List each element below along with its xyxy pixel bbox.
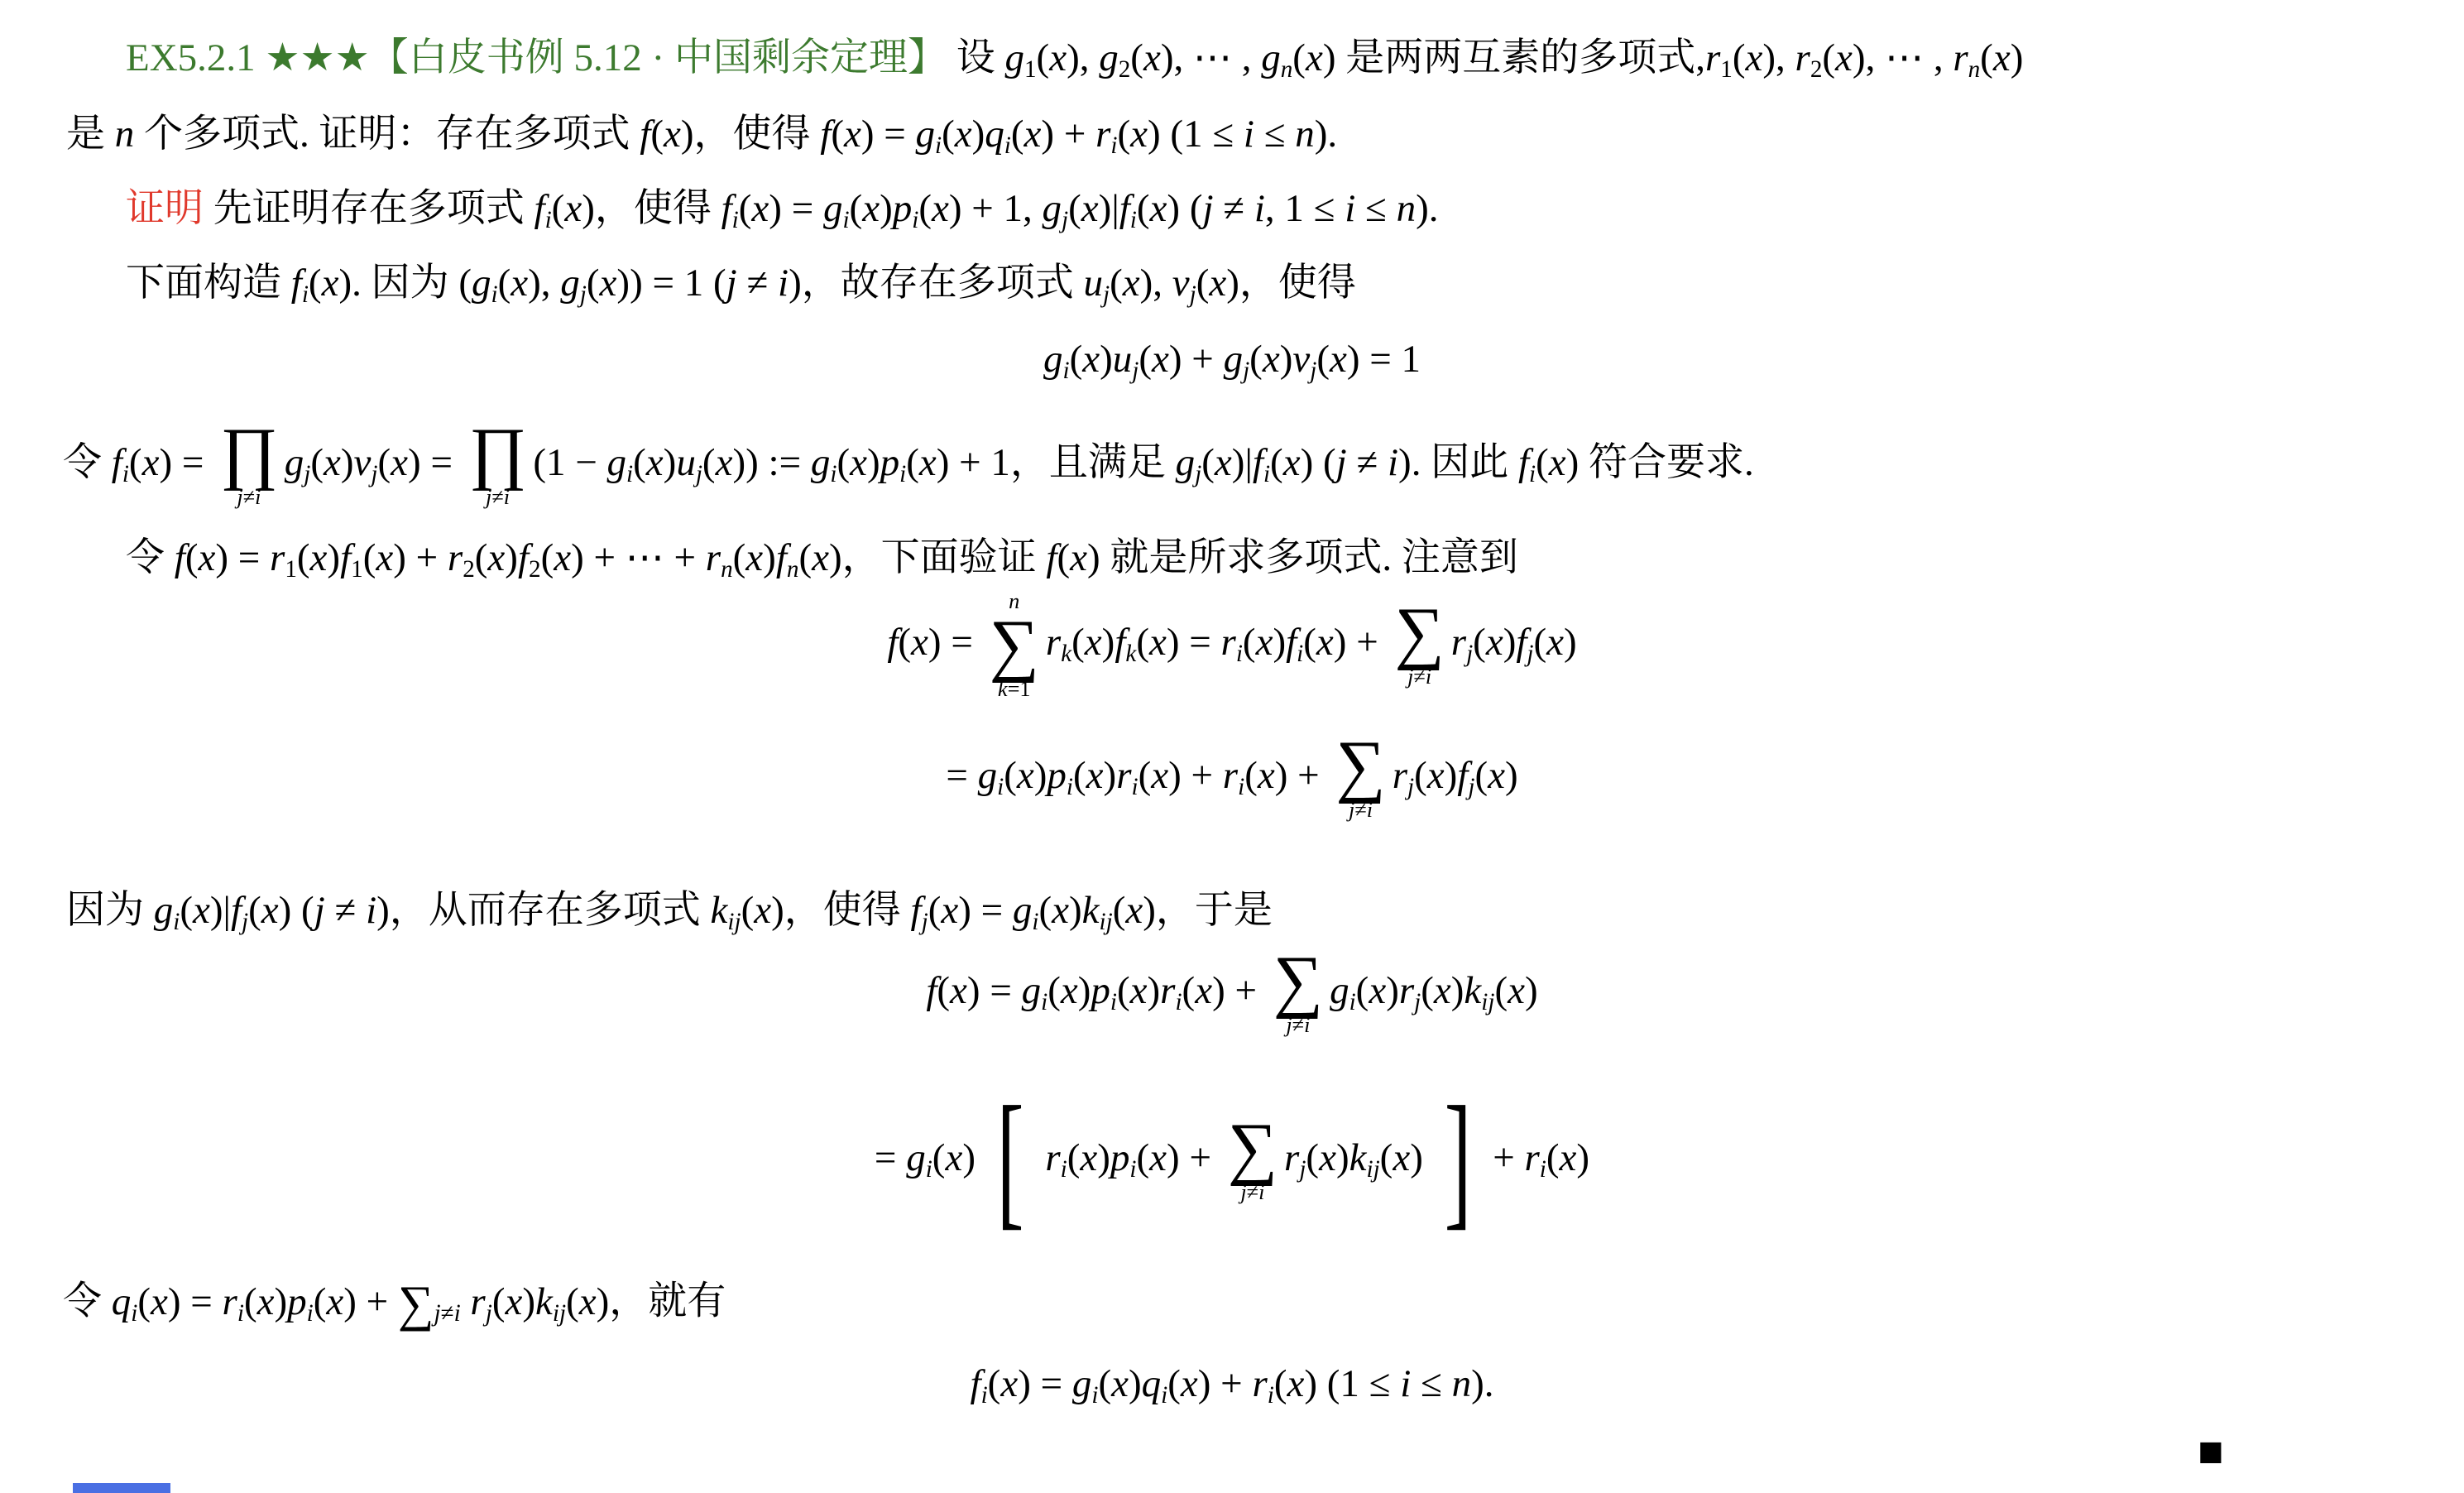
text-line: 令 qi(x) = ri(x)pi(x) + ∑j≠i rj(x)kij(x)，… [63,1268,726,1342]
sum-operator: ∑j≠i [1335,735,1385,823]
math-expression: f(x) [640,113,693,156]
text-run: 因为 [362,262,459,305]
text-run: 是 [66,113,115,156]
document-page: EX5.2.1 ★★★【白皮书例 5.12 · 中国剩余定理】 设 g1(x),… [0,0,2464,1493]
math-expression: = gi(x)pi(x)ri(x) + ri(x) + ∑j≠irj(x)fj(… [946,754,1517,797]
qed-symbol: ■ [2193,1434,2229,1471]
text-run: ，使得 [1239,262,1356,305]
text-run: 因为 [66,889,154,932]
display-equation: fi(x) = gi(x)qi(x) + ri(x) (1 ≤ i ≤ n). [0,1356,2464,1412]
exercise-title: EX5.2.1 ★★★【白皮书例 5.12 · 中国剩余定理】 [126,36,947,79]
math-expression: fi(x) [1518,441,1579,484]
math-expression: kij(x) [711,889,784,932]
text-line: EX5.2.1 ★★★【白皮书例 5.12 · 中国剩余定理】 设 g1(x),… [126,30,2023,86]
right-bracket: ] [1445,1101,1472,1222]
display-equation: f(x) = gi(x)pi(x)ri(x) + ∑j≠igi(x)rj(x)k… [0,950,2464,1038]
text-run: 个多项式. 证明：存在多项式 [134,113,640,156]
text-run: 令 [63,441,112,484]
display-equation: f(x) = n∑k=1rk(x)fk(x) = ri(x)fi(x) + ∑j… [0,589,2464,703]
left-bracket: [ [997,1101,1024,1222]
text-line: 令 fi(x) = ∏j≠igj(x)vj(x) = ∏j≠i(1 − gi(x… [63,422,1754,510]
text-line: 下面构造 fi(x). 因为 (gi(x), gj(x)) = 1 (j ≠ i… [126,255,1356,311]
math-expression: (gi(x), gj(x)) = 1 (j ≠ i) [458,262,801,305]
text-run: ，故存在多项式 [802,262,1084,305]
text-run: 符合要求. [1579,441,1754,484]
math-expression: fi(x) [535,187,595,230]
proof-label: 证明 [126,187,204,230]
math-expression: fi(x). [291,262,362,305]
math-expression: fi(x) = gi(x)qi(x) + ri(x) (1 ≤ i ≤ n). [971,1362,1494,1405]
text-run: ，下面验证 [842,536,1047,579]
text-run: 因此 [1421,441,1518,484]
math-expression: fi(x) = gi(x)pi(x) + 1, gj(x)|fi(x) (j ≠… [721,187,1439,230]
text-line: 证明 先证明存在多项式 fi(x)，使得 fi(x) = gi(x)pi(x) … [126,180,1438,237]
math-expression: uj(x), vj(x) [1083,262,1239,305]
text-run: ，使得 [694,113,821,156]
display-equation: gi(x)uj(x) + gj(x)vj(x) = 1 [0,331,2464,387]
math-expression: f(x) = gi(x)qi(x) + ri(x) (1 ≤ i ≤ n). [820,113,1337,156]
product-operator: ∏j≠i [469,422,527,510]
product-operator: ∏j≠i [220,422,278,510]
text-run: ，且满足 [1010,441,1176,484]
sum-operator: ∑j≠i [1273,950,1323,1038]
math-expression: r1(x), r2(x), ⋯ , rn(x) [1705,36,2023,79]
text-run: ，使得 [784,889,911,932]
text-run: 是两两互素的多项式, [1335,36,1705,79]
text-run: ，从而存在多项式 [390,889,711,932]
text-line: 令 f(x) = r1(x)f1(x) + r2(x)f2(x) + ⋯ + r… [126,530,1518,586]
text-run: ，于是 [1156,889,1273,932]
math-expression: n [115,113,135,156]
math-expression: gi(x)|fj(x) (j ≠ i) [154,889,390,932]
math-expression: = gi(x) [ ri(x)pi(x) + ∑j≠irj(x)kij(x) ]… [875,1136,1589,1179]
text-run: ，就有 [609,1280,726,1323]
math-expression: f(x) = n∑k=1rk(x)fk(x) = ri(x)fi(x) + ∑j… [887,621,1576,664]
display-equation: = gi(x) [ ri(x)pi(x) + ∑j≠irj(x)kij(x) ]… [0,1117,2464,1205]
sum-operator: ∑j≠i [1394,602,1444,689]
display-equation: = gi(x)pi(x)ri(x) + ri(x) + ∑j≠irj(x)fj(… [0,735,2464,823]
partial-next-content [73,1483,170,1493]
text-line: 因为 gi(x)|fj(x) (j ≠ i)，从而存在多项式 kij(x)，使得… [66,882,1273,939]
math-expression: f(x) [1046,536,1100,579]
math-expression: g1(x), g2(x), ⋯ , gn(x) [1004,36,1335,79]
text-run: 下面构造 [126,262,291,305]
math-expression: gi(x)uj(x) + gj(x)vj(x) = 1 [1043,338,1421,381]
sum-operator: ∑j≠i [1228,1117,1278,1205]
inline-sum-operator: ∑ [398,1276,434,1332]
text-run: 先证明存在多项式 [204,187,535,230]
text-run: ，使得 [595,187,721,230]
math-expression: gj(x)|fi(x) (j ≠ i). [1176,441,1421,484]
math-expression: f(x) = gi(x)pi(x)ri(x) + ∑j≠igi(x)rj(x)k… [926,969,1537,1012]
text-run: 令 [126,536,175,579]
text-run: 设 [947,36,1005,79]
text-run: 就是所求多项式. 注意到 [1100,536,1518,579]
sum-operator: n∑k=1 [990,589,1039,703]
math-expression: fi(x) = ∏j≠igj(x)vj(x) = ∏j≠i(1 − gi(x)u… [112,441,1010,484]
text-line: 是 n 个多项式. 证明：存在多项式 f(x)，使得 f(x) = gi(x)q… [66,106,1337,162]
math-expression: fj(x) = gi(x)kij(x) [911,889,1156,932]
math-expression: f(x) = r1(x)f1(x) + r2(x)f2(x) + ⋯ + rn(… [175,536,842,579]
text-run: 令 [63,1280,112,1323]
math-expression: qi(x) = ri(x)pi(x) + ∑j≠i rj(x)kij(x) [112,1280,610,1323]
